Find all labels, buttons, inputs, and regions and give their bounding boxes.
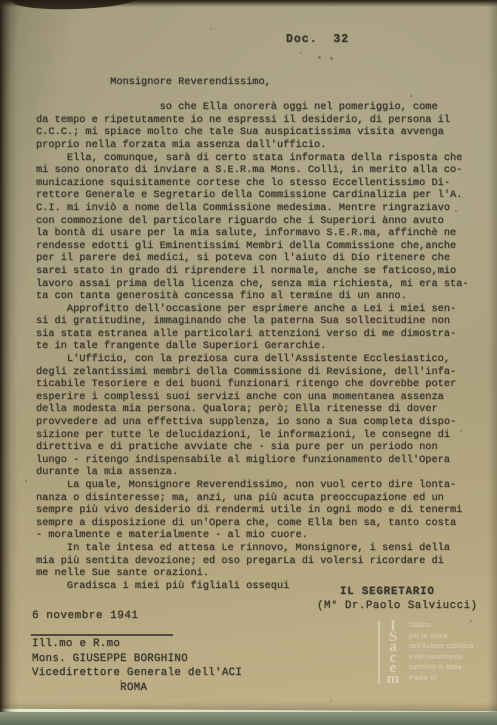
watermark-text: per la storia — [406, 632, 448, 643]
watermark-text: e del movimento — [406, 653, 463, 664]
watermark-text: Istituto — [406, 621, 431, 632]
letter-body-text: Monsignore Reverendissimo, so che Ella o… — [36, 76, 469, 592]
isacem-watermark-logo: I Istituto S per la storia a dell'Azione… — [378, 621, 474, 684]
background-surface — [0, 712, 497, 725]
signature-name: (M° Dr.Paolo Salviucci) — [317, 600, 478, 612]
page-right-edge-shadow — [488, 0, 497, 725]
watermark-text: Paolo VI — [406, 674, 437, 685]
watermark-letter: m — [378, 674, 406, 685]
page-left-edge-shadow — [0, 0, 18, 725]
watermark-text: cattolico in Italia — [406, 663, 462, 674]
recipient-address: Ill.mo e R.mo Mons. GIUSEPPE BORGHINO Vi… — [32, 637, 242, 695]
scanned-letter-photo: Doc. 32 Monsignore Reverendissimo, so ch… — [0, 0, 497, 725]
watermark-row: m Paolo VI — [378, 674, 474, 685]
address-divider-line — [31, 634, 173, 636]
watermark-text: dell'Azione cattolica — [406, 642, 474, 653]
letter-page: Doc. 32 Monsignore Reverendissimo, so ch… — [0, 0, 497, 725]
signature-title: IL SEGRETARIO — [340, 586, 435, 598]
paper-specks — [0, 0, 2, 2]
letter-date: 6 novembre 1941 — [32, 610, 139, 622]
pencil-marks — [318, 56, 321, 59]
doc-number: Doc. 32 — [286, 33, 349, 46]
